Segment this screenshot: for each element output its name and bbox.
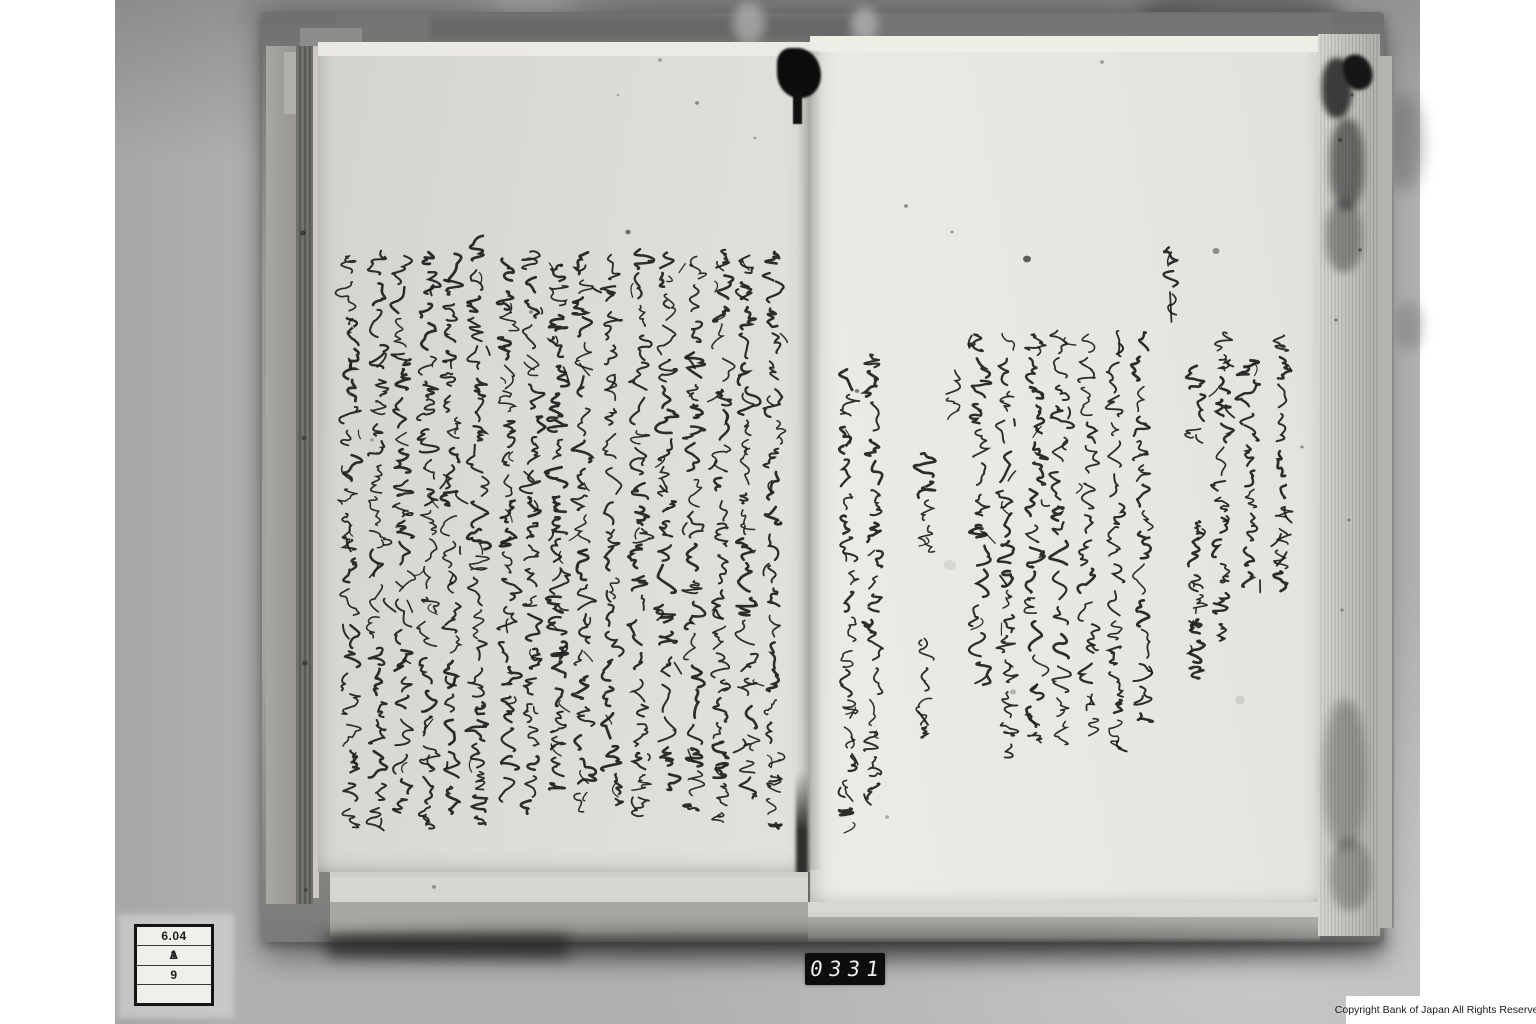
frame-counter-digits: 0331 bbox=[804, 957, 887, 981]
archive-label-card: 6.04 A 1 9 bbox=[134, 924, 214, 1006]
frame-counter: 0331 bbox=[805, 953, 885, 985]
gutter-shadow bbox=[798, 50, 822, 870]
left-page-top-edge bbox=[318, 42, 810, 56]
copyright-notice: Copyright Bank of Japan All Rights Reser… bbox=[1346, 996, 1536, 1024]
gutter-top-line bbox=[793, 92, 802, 124]
label-row-series: A 1 bbox=[137, 946, 211, 965]
book-left-edge bbox=[296, 46, 313, 904]
fore-edge-outer-cover bbox=[1378, 56, 1394, 928]
book-bottom-shadow-wedge bbox=[328, 934, 568, 958]
label-row-item-number: 9 bbox=[137, 966, 211, 985]
fore-edge-stain bbox=[1330, 838, 1370, 910]
label-row-empty bbox=[137, 985, 211, 1003]
label-series-number: 1 bbox=[170, 948, 177, 962]
shadow-blob bbox=[1396, 300, 1422, 352]
copyright-text: Copyright Bank of Japan All Rights Reser… bbox=[1335, 1004, 1536, 1016]
fore-edge-stain bbox=[1324, 700, 1366, 850]
book-top-edge-shadow bbox=[430, 16, 850, 40]
fore-edge-stain bbox=[1330, 118, 1364, 210]
book-left-underpages bbox=[266, 46, 298, 904]
page-corner-highlight bbox=[733, 2, 765, 44]
manuscript-left-page bbox=[318, 42, 810, 872]
fore-edge-stain bbox=[1326, 200, 1362, 272]
right-page-top-edge bbox=[810, 36, 1318, 52]
label-row-call-number: 6.04 bbox=[137, 927, 211, 946]
scanned-photograph-canvas: 6.04 A 1 9 0331 Copyright Bank of Japan … bbox=[0, 0, 1536, 1024]
manuscript-right-page bbox=[810, 36, 1318, 902]
